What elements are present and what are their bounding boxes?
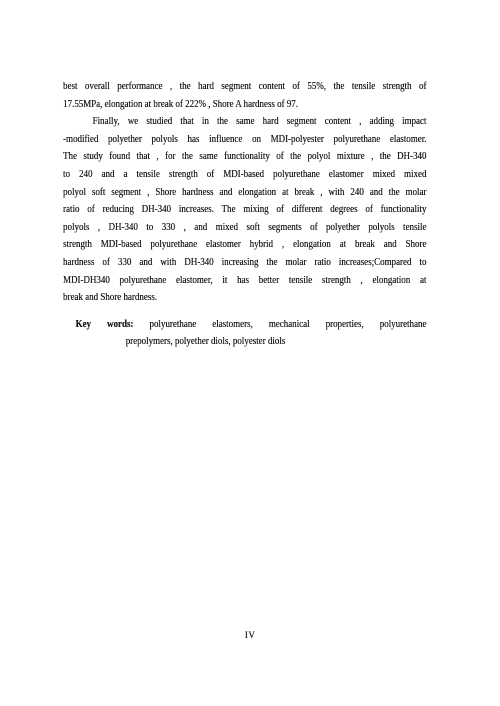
paragraph-line: Finally, we studied that in the same har… <box>63 113 426 131</box>
paragraph-line: strength MDI-based polyurethane elastome… <box>63 236 426 254</box>
paragraph-line: best overall performance , the hard segm… <box>63 78 426 96</box>
paragraph-line: to 240 and a tensile strength of MDI-bas… <box>63 166 426 184</box>
paragraph-line: ratio of reducing DH-340 increases. The … <box>63 201 426 219</box>
keywords-label: Key words: <box>76 319 134 330</box>
paragraph-line: hardness of 330 and with DH-340 increasi… <box>63 254 426 272</box>
keywords-continuation: prepolymers, polyether diols, polyester … <box>63 333 426 351</box>
abstract-continuation-paragraph: best overall performance , the hard segm… <box>63 78 426 113</box>
paragraph-line: 17.55MPa, elongation at break of 222% , … <box>63 96 426 114</box>
page-number: IV <box>0 630 500 640</box>
paragraph-line: polyol soft segment , Shore hardness and… <box>63 184 426 202</box>
abstract-body: best overall performance , the hard segm… <box>63 78 426 351</box>
paragraph-line: -modified polyether polyols has influenc… <box>63 131 426 149</box>
keywords-text: polyurethane elastomers, mechanical prop… <box>149 319 426 330</box>
paragraph-line: polyols , DH-340 to 330 , and mixed soft… <box>63 219 426 237</box>
abstract-paragraph: Finally, we studied that in the same har… <box>63 113 426 307</box>
paragraph-line: break and Shore hardness. <box>63 289 426 307</box>
paragraph-line: The study found that , for the same func… <box>63 148 426 166</box>
paragraph-line: MDI-DH340 polyurethane elastomer, it has… <box>63 272 426 290</box>
keywords-line: Key words: polyurethane elastomers, mech… <box>63 316 426 334</box>
document-page: best overall performance , the hard segm… <box>0 0 500 706</box>
keywords-paragraph: Key words: polyurethane elastomers, mech… <box>63 316 426 351</box>
